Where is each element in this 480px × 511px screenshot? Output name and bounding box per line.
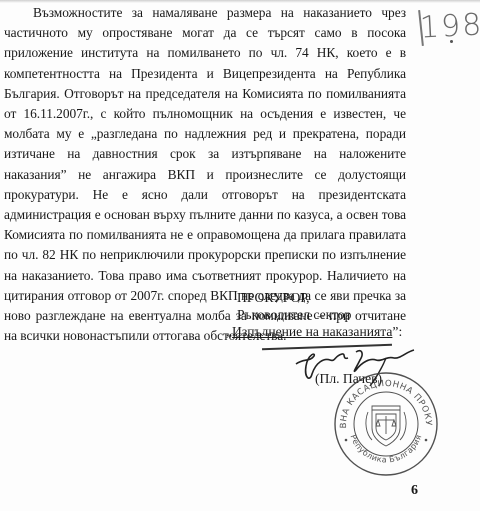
department-close: ”: — [392, 324, 402, 339]
svg-text:Република България: Република България — [348, 433, 423, 464]
page-number: 6 — [411, 483, 418, 499]
coat-of-arms-icon — [366, 406, 406, 446]
signer-department: „Изпълнение на наказанията”: — [226, 323, 402, 340]
signature-block: ПРОКУРОР, Ръководител сектор „Изпълнение… — [226, 289, 402, 340]
signer-title: ПРОКУРОР, — [237, 289, 402, 306]
signer-role: Ръководител сектор — [237, 306, 402, 323]
stamp-bottom-text: Република България — [348, 433, 423, 464]
official-stamp: ВЪРХОВНА КАСАЦИОННА ПРОКУРАТУРА Републик… — [332, 370, 440, 478]
handwritten-dot — [450, 40, 453, 43]
department-name: Изпълнение на наказанията — [232, 324, 392, 339]
document-page: Възможностите за намаляване размера на н… — [0, 0, 480, 511]
